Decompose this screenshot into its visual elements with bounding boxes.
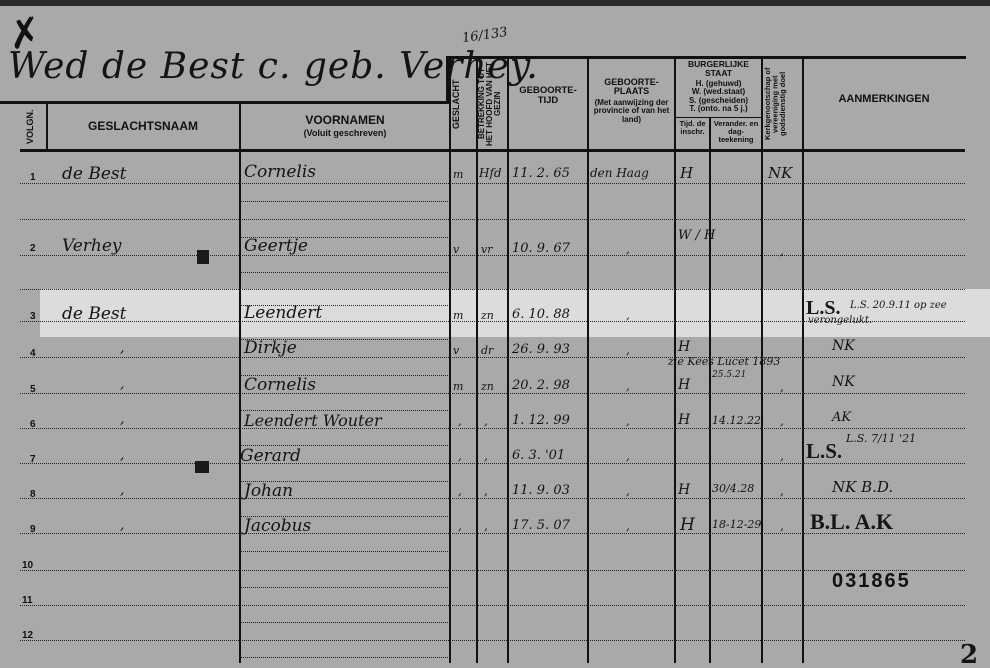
col-divider (507, 57, 509, 663)
row-number: 9 (30, 524, 36, 535)
header-geboorteplaats-sub: (Met aanwijzing der provincie of van het… (589, 99, 674, 124)
row-line (20, 255, 965, 256)
cell-geslachtsnaam: , (120, 376, 124, 392)
row-number: 1 (30, 172, 36, 183)
cell-geslacht: , (458, 519, 462, 533)
header-staat-legend: H. (gehuwd) W. (wed.staat) S. (gescheide… (676, 80, 761, 114)
cell-voornamen: Gerard (240, 446, 301, 466)
cell-voornamen: Cornelis (244, 375, 316, 395)
cell-staat-verander: 14.12.22 (712, 414, 761, 427)
page-corner-mark: 2 (960, 640, 978, 668)
cell-staat-verander: 25.5.21 (712, 370, 746, 380)
cell-aanmerkingen: B.L. A.K (810, 509, 893, 535)
cell-kerk: , (780, 244, 784, 258)
col-divider (802, 57, 804, 663)
cell-geslacht: v (453, 243, 459, 256)
cell-voornamen: Leendert Wouter (244, 411, 382, 430)
col-divider (239, 103, 241, 663)
sub-line (240, 272, 450, 273)
cell-geboorteplaats: , (626, 379, 630, 393)
header-geboorteplaats: GEBOORTE-PLAATS (589, 78, 674, 97)
header-voornamen: VOORNAMEN (241, 114, 449, 127)
registration-card: ✗ Wed de Best c. geb. Verhey. 16/133 VOL… (0, 0, 990, 668)
cell-betrekking: dr (481, 344, 493, 357)
header-voornamen-sub: (Voluit geschreven) (241, 129, 449, 138)
header-verander: Verander. en dag-teekening (711, 120, 761, 144)
cell-geslachtsnaam: , (120, 517, 124, 533)
header-burgerlijke-staat: BURGERLIJKE STAAT (676, 60, 761, 78)
cell-geboorteplaats: den Haag (590, 166, 649, 180)
cell-geboortetijd: 11. 9. 03 (512, 483, 570, 498)
cell-kerk: , (780, 414, 784, 428)
cell-geboortetijd: 26. 9. 93 (512, 342, 570, 357)
scan-edge (0, 0, 990, 6)
cell-voornamen: Leendert (244, 303, 322, 323)
cell-aanmerkingen: NK (832, 338, 855, 354)
cell-geslacht: , (458, 449, 462, 463)
row-number: 5 (30, 384, 36, 395)
row-line (20, 289, 965, 290)
cell-betrekking: , (484, 519, 488, 533)
cell-geboortetijd: 1. 12. 99 (512, 413, 570, 428)
cell-geboorteplaats: , (626, 414, 630, 428)
cell-kerk: NK (768, 164, 792, 182)
cell-voornamen: Geertje (244, 236, 308, 256)
sub-line (240, 587, 450, 588)
folio-number: 16/133 (461, 25, 508, 46)
staat-subdivider (675, 117, 762, 118)
col-divider (449, 57, 451, 663)
row-number: 4 (30, 348, 36, 359)
row-line (20, 183, 965, 184)
cell-betrekking: Hfd (479, 166, 502, 180)
cell-aanmerkingen: AK (832, 410, 851, 425)
cell-staat-tijd: H (678, 339, 690, 355)
cell-geslachtsnaam: Verhey (62, 236, 122, 256)
header-aanmerkingen: AANMERKINGEN (804, 94, 964, 106)
header-betrekking: BETREKKING TOT HET HOOFD VAN HET GEZIN (478, 62, 506, 146)
row-number: 7 (30, 454, 36, 465)
cell-staat-verander: 30/4.28 (712, 482, 754, 495)
cell-geslachtsnaam: de Best (62, 164, 126, 184)
header-geslachtsnaam: GESLACHTSNAAM (48, 120, 238, 133)
cell-geboorteplaats: , (626, 519, 630, 533)
header-kerkgenootschap: Kerkgenootschap of vereeniging met godsd… (764, 60, 800, 148)
cell-staat-tijd: H (678, 377, 690, 393)
row-number: 2 (30, 243, 36, 254)
sub-line (240, 622, 450, 623)
sub-line (240, 201, 450, 202)
row-line (20, 219, 965, 220)
row-line (20, 605, 965, 606)
cell-betrekking: zn (481, 380, 494, 393)
cell-geboorteplaats: , (626, 343, 630, 357)
cell-voornamen: Jacobus (244, 516, 311, 536)
cell-geboortetijd: 20. 2. 98 (512, 378, 570, 393)
cell-kerk: , (780, 449, 784, 463)
cell-staat-tijd: H (680, 164, 693, 182)
cell-voornamen: Cornelis (244, 162, 316, 182)
cell-geslachtsnaam: , (120, 340, 124, 356)
cell-voornamen: Johan (244, 481, 293, 501)
cell-staat-tijd: H (680, 515, 695, 535)
row-line (20, 640, 965, 641)
cell-geboortetijd: 11. 2. 65 (512, 166, 570, 181)
cell-betrekking: , (484, 449, 488, 463)
row-number: 12 (22, 630, 33, 641)
cell-kerk: , (780, 519, 784, 533)
cell-staat-tijd: W / H (678, 228, 715, 243)
cell-geslacht: , (458, 484, 462, 498)
header-top-border-left (20, 101, 450, 104)
header-geboortetijd: GEBOORTE-TIJD (509, 86, 587, 106)
cell-betrekking: , (484, 484, 488, 498)
cell-staat-tijd: H (678, 482, 690, 498)
row-line (20, 428, 965, 429)
cell-geslacht: v (453, 344, 459, 357)
row-number: 10 (22, 560, 33, 571)
cell-geboortetijd: 6. 3. '01 (512, 448, 565, 463)
cell-geboortetijd: 17. 5. 07 (512, 518, 570, 533)
row-number: 6 (30, 419, 36, 430)
cell-aanmerkingen: L.S. 7/11 '21 (846, 432, 916, 445)
cell-geboortetijd: 10. 9. 67 (512, 241, 570, 256)
row-line (20, 570, 965, 571)
cell-kerk: , (780, 380, 784, 394)
header-volgn: VOLGN. (26, 106, 44, 148)
cell-geboortetijd: 6. 10. 88 (512, 307, 570, 322)
cell-geboorteplaats: , (626, 484, 630, 498)
cell-aanmerkingen: NK B.D. (832, 478, 893, 496)
cell-geslacht: , (458, 414, 462, 428)
col-divider (476, 57, 478, 663)
cell-geslacht: m (453, 380, 463, 393)
cell-geslachtsnaam: , (120, 447, 124, 463)
ink-blot (197, 250, 209, 264)
cell-voornamen: Dirkje (244, 338, 297, 358)
cell-betrekking: zn (481, 309, 494, 322)
cell-geslacht: m (453, 309, 463, 322)
archive-number: 031865 (832, 570, 911, 593)
stamp-ls: L.S. (806, 439, 842, 464)
cell-kerk: , (780, 484, 784, 498)
row-number: 11 (22, 595, 33, 606)
cell-geslachtsnaam: , (120, 411, 124, 427)
row-line (20, 357, 965, 358)
col-divider (587, 57, 589, 663)
row-number: 8 (30, 489, 36, 500)
cell-betrekking: , (484, 414, 488, 428)
cell-geboorteplaats: , (626, 449, 630, 463)
cell-geslachtsnaam: , (120, 482, 124, 498)
header-geslacht: GESLACHT (452, 62, 474, 146)
col-divider (709, 118, 711, 663)
cell-staat-verander: 18-12-29 (712, 518, 761, 531)
cell-geslacht: m (453, 168, 463, 181)
cell-aanmerkingen: L.S. 20.9.11 op zee verongelukt. (808, 298, 958, 328)
row-number: 3 (30, 311, 36, 322)
cell-geslachtsnaam: de Best (62, 304, 126, 324)
ink-blot (195, 461, 209, 473)
row-line (20, 393, 965, 394)
header-bottom-border (20, 149, 965, 152)
header-tijd-inschr: Tijd. de inschr. (676, 120, 709, 136)
cell-geboorteplaats: , (626, 242, 630, 256)
cell-betrekking: vr (481, 243, 492, 256)
sub-line (240, 657, 450, 658)
cell-geboorteplaats: , (626, 308, 630, 322)
row-line (20, 498, 965, 499)
sub-line (240, 551, 450, 552)
cell-staat-tijd: H (678, 412, 690, 428)
cell-staat-verander: zie Kees Lucet 1893 (668, 355, 780, 368)
cell-aanmerkingen: NK (832, 374, 855, 390)
